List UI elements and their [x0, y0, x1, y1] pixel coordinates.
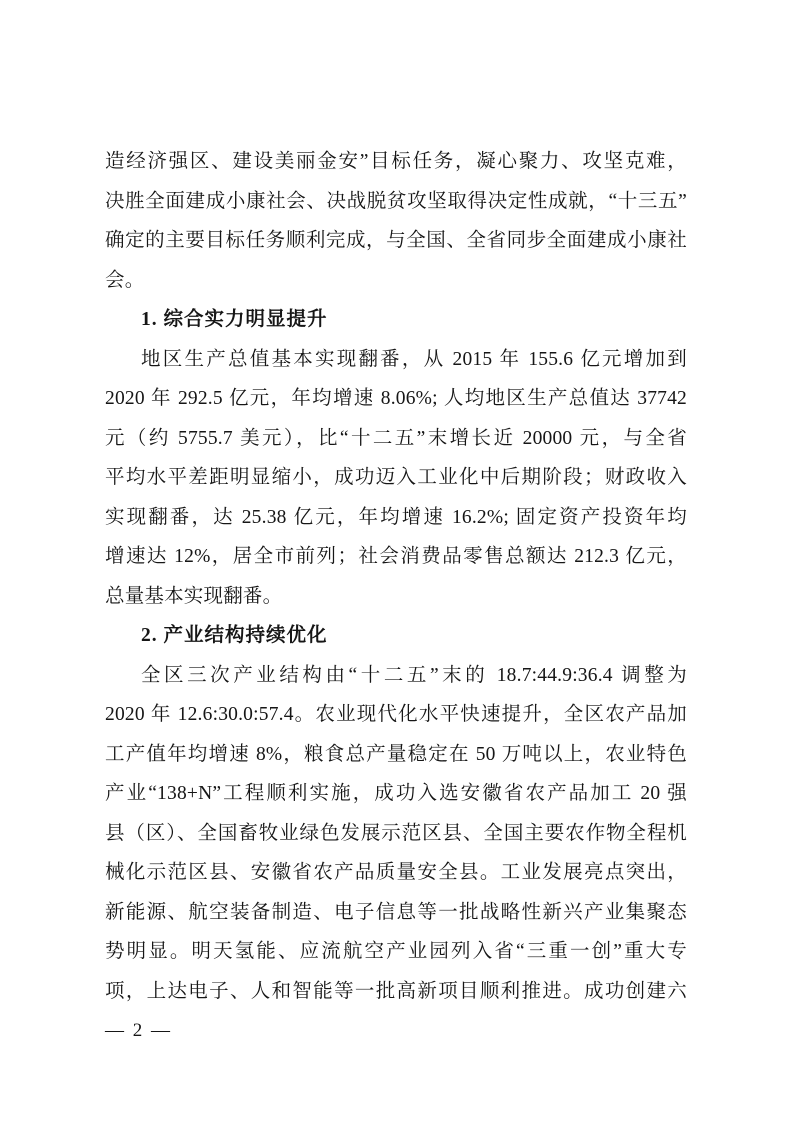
body-line: 地区生产总值基本实现翻番，从 2015 年 155.6 亿元增加到: [105, 340, 687, 380]
section-1-heading: 1. 综合实力明显提升: [105, 300, 687, 340]
body-line: 增速达 12%，居全市前列；社会消费品零售总额达 212.3 亿元，: [105, 537, 687, 577]
body-line: 势明显。明天氢能、应流航空产业园列入省“三重一创”重大专: [105, 932, 687, 972]
body-line: 决胜全面建成小康社会、决战脱贫攻坚取得决定性成就，“十三五”: [105, 182, 687, 222]
body-line: 械化示范区县、安徽省农产品质量安全县。工业发展亮点突出，: [105, 853, 687, 893]
body-line: 新能源、航空装备制造、电子信息等一批战略性新兴产业集聚态: [105, 893, 687, 933]
body-line: 造经济强区、建设美丽金安”目标任务，凝心聚力、攻坚克难，: [105, 142, 687, 182]
body-line: 会。: [105, 261, 687, 301]
body-line: 总量基本实现翻番。: [105, 577, 687, 617]
body-line: 县（区）、全国畜牧业绿色发展示范区县、全国主要农作物全程机: [105, 814, 687, 854]
body-line: 产业“138+N”工程顺利实施，成功入选安徽省农产品加工 20 强: [105, 774, 687, 814]
body-line: 2020 年 12.6:30.0:57.4。农业现代化水平快速提升，全区农产品加: [105, 695, 687, 735]
body-line: 项，上达电子、人和智能等一批高新项目顺利推进。成功创建六: [105, 972, 687, 1012]
document-page: 造经济强区、建设美丽金安”目标任务，凝心聚力、攻坚克难， 决胜全面建成小康社会、…: [0, 0, 793, 1122]
body-line: 平均水平差距明显缩小，成功迈入工业化中后期阶段；财政收入: [105, 458, 687, 498]
body-line: 工产值年均增速 8%，粮食总产量稳定在 50 万吨以上，农业特色: [105, 735, 687, 775]
document-body: 造经济强区、建设美丽金安”目标任务，凝心聚力、攻坚克难， 决胜全面建成小康社会、…: [105, 142, 687, 1011]
body-line: 实现翻番，达 25.38 亿元，年均增速 16.2%; 固定资产投资年均: [105, 498, 687, 538]
body-line: 元（约 5755.7 美元），比“十二五”末增长近 20000 元，与全省: [105, 419, 687, 459]
body-line: 全区三次产业结构由“十二五”末的 18.7:44.9:36.4 调整为: [105, 656, 687, 696]
page-number: — 2 —: [105, 1011, 172, 1051]
body-line: 确定的主要目标任务顺利完成，与全国、全省同步全面建成小康社: [105, 221, 687, 261]
section-2-heading: 2. 产业结构持续优化: [105, 616, 687, 656]
body-line: 2020 年 292.5 亿元，年均增速 8.06%; 人均地区生产总值达 37…: [105, 379, 687, 419]
